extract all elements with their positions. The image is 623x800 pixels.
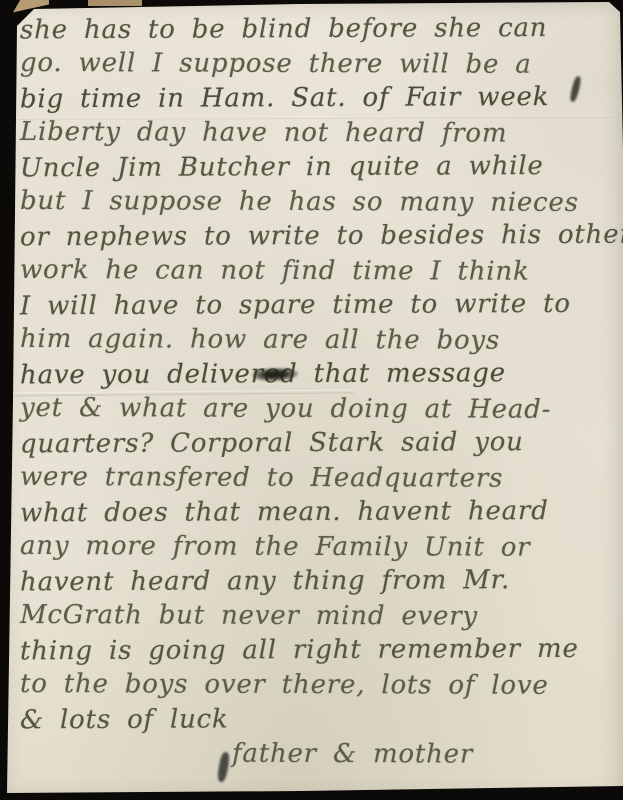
letter-line: I will have to spare time to write to [20,287,623,324]
letter-line: big time in Ham. Sat. of Fair week [20,80,623,117]
letter-line: to the boys over there, lots of love [20,666,623,703]
letter-line: McGrath but never mind every [20,597,623,634]
letter-line: were transfered to Headquarters [20,459,623,496]
letter-line: yet & what are you doing at Head- [20,390,623,427]
letter-line: have you delivered that message [20,356,623,393]
paper-edge-stain [88,0,142,6]
signature-line: father & mother [20,735,623,772]
letter-line: any more from the Family Unit or [20,528,623,565]
letter-body: she has to be blind before she can go. w… [0,12,623,771]
letter-line: she has to be blind before she can [20,11,623,48]
letter-paper: she has to be blind before she can go. w… [0,0,623,800]
letter-line: work he can not find time I think [20,252,623,289]
letter-line: & lots of luck [20,701,623,738]
letter-line: Liberty day have not heard from [20,114,623,151]
letter-line: Uncle Jim Butcher in quite a while [20,149,623,186]
scanned-letter-page: she has to be blind before she can go. w… [0,0,623,800]
letter-line: havent heard any thing from Mr. [20,563,623,600]
letter-line: what does that mean. havent heard [20,494,623,531]
letter-line: or nephews to write to besides his other [20,218,623,255]
letter-line: him again. how are all the boys [20,321,623,358]
letter-line: but I suppose he has so many nieces [20,183,623,220]
letter-line: quarters? Corporal Stark said you [20,425,623,462]
letter-line: thing is going all right remember me [20,632,623,669]
letter-line: go. well I suppose there will be a [20,45,623,82]
